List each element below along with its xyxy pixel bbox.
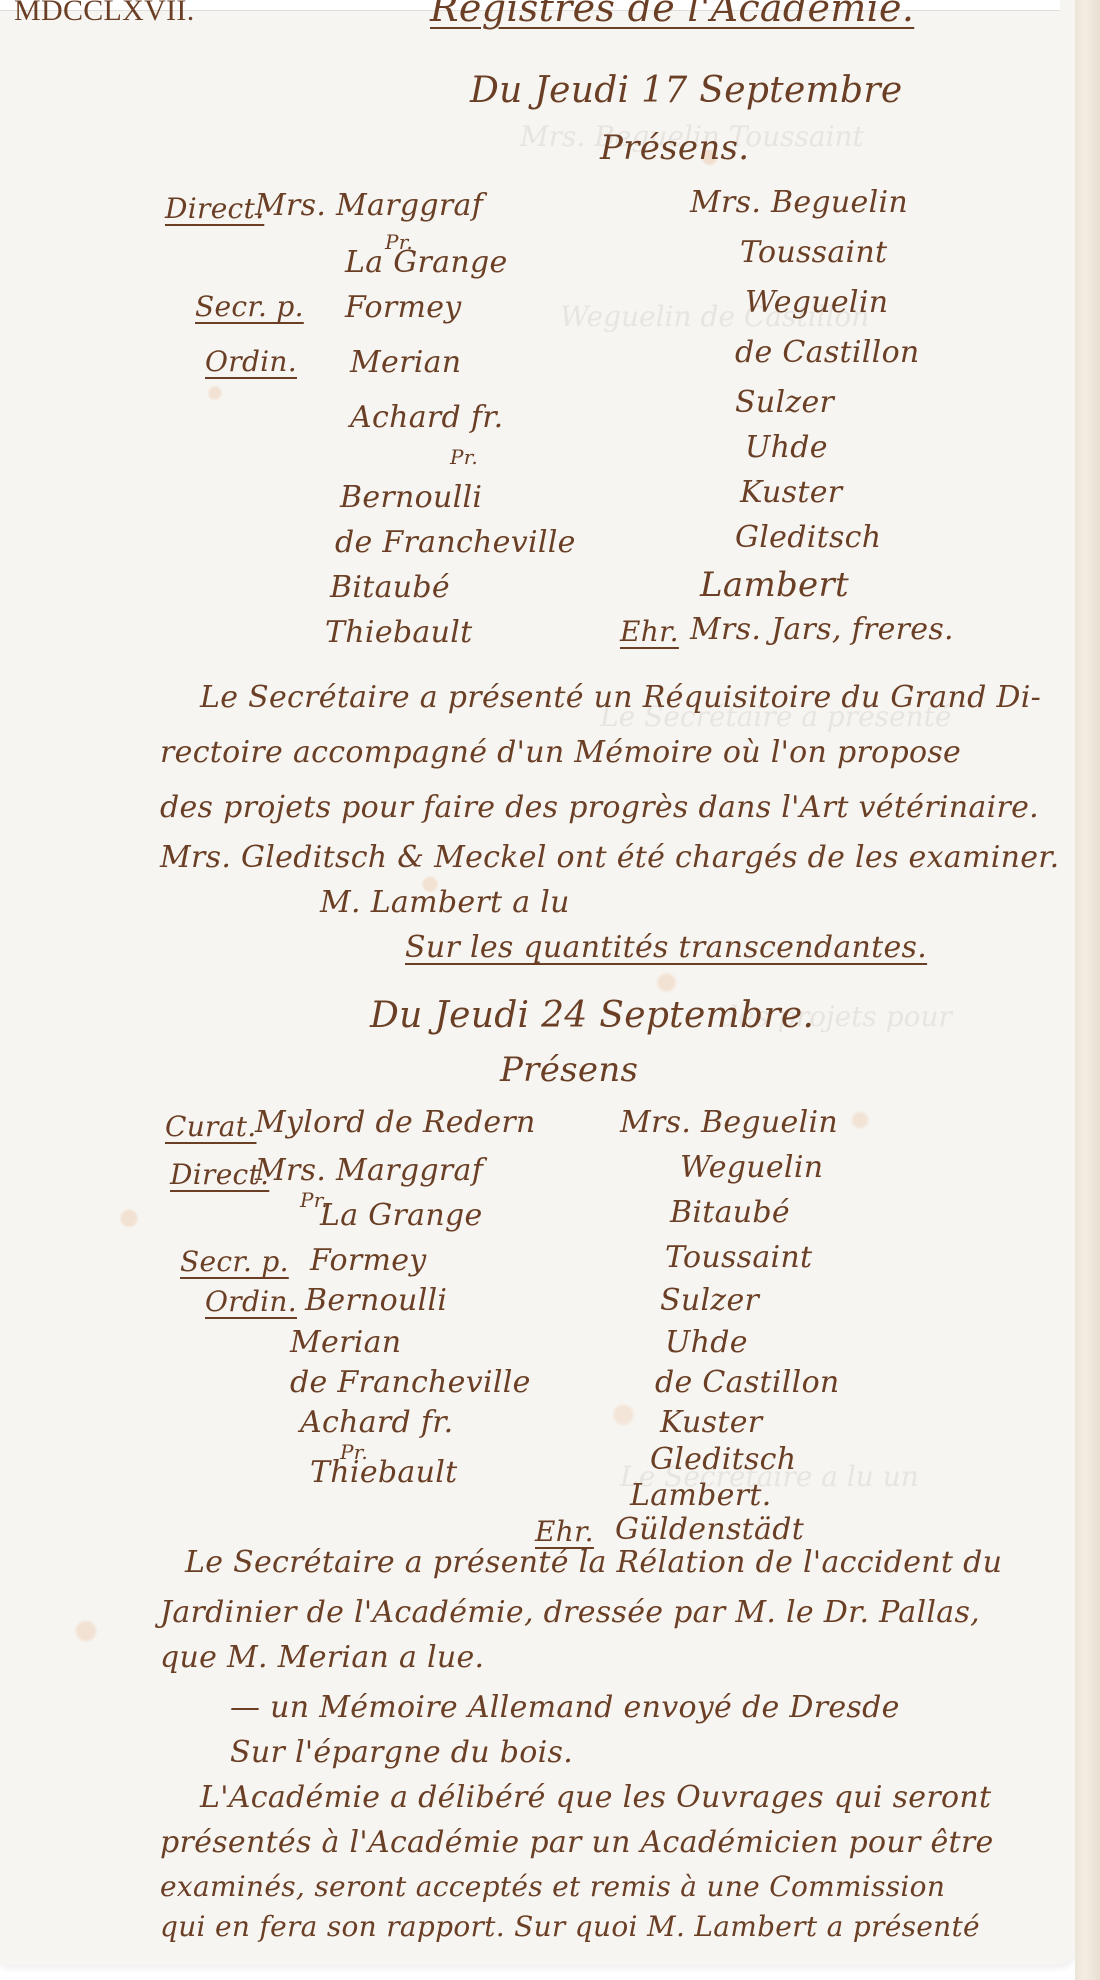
book-binding-edge <box>1075 0 1100 1980</box>
member-name: Thiebault <box>325 615 472 650</box>
role-curat: Curat. <box>165 1110 257 1143</box>
role-secr: Secr. p. <box>195 290 304 323</box>
member-name: Achard fr. <box>350 400 503 435</box>
member-name: Mrs. Marggraf <box>255 188 483 223</box>
role-direct: Direct. <box>165 192 264 225</box>
member-name: Formey <box>345 290 462 325</box>
minutes-line: examinés, seront acceptés et remis à une… <box>160 1870 945 1903</box>
member-name: Merian <box>350 345 461 380</box>
member-name: Sulzer <box>660 1283 759 1318</box>
minutes-line: Le Secrétaire a présenté un Réquisitoire… <box>200 680 1041 715</box>
session2-date: Du Jeudi 24 Septembre. <box>370 995 814 1036</box>
minutes-line: M. Lambert a lu <box>320 885 570 920</box>
manuscript-page: Mrs. Beguelin Toussaint Weguelin de Cast… <box>0 0 1075 1965</box>
honorary-members: Mrs. Jars, freres. <box>690 612 954 647</box>
running-title: Régistres de l'Académie. <box>430 0 914 30</box>
member-name: Mrs. Beguelin <box>620 1105 838 1140</box>
member-name: Lambert <box>700 565 849 605</box>
member-name: de Castillon <box>655 1365 840 1400</box>
member-name: Bitaubé <box>330 570 450 605</box>
year-numeral: MDCCLXVII. <box>14 0 195 28</box>
member-mark: Pr. <box>450 445 478 469</box>
member-name: de Castillon <box>735 335 920 370</box>
role-secr: Secr. p. <box>180 1245 289 1278</box>
member-name: Gleditsch <box>735 520 881 555</box>
role-ehr: Ehr. <box>535 1515 594 1548</box>
role-ordin: Ordin. <box>205 1285 297 1318</box>
member-name: La Grange <box>320 1198 483 1233</box>
member-name: Mrs. Marggraf <box>255 1153 483 1188</box>
minutes-line: — un Mémoire Allemand envoyé de Dresde <box>230 1690 900 1725</box>
member-name: Toussaint <box>740 235 887 270</box>
member-name: Mrs. Beguelin <box>690 185 908 220</box>
member-name: Bernoulli <box>340 480 482 515</box>
member-name: Thiebault <box>310 1455 457 1490</box>
minutes-line: présentés à l'Académie par un Académicie… <box>160 1825 994 1860</box>
member-name: Gleditsch <box>650 1442 796 1477</box>
minutes-line: qui en fera son rapport. Sur quoi M. Lam… <box>160 1910 980 1943</box>
session1-date: Du Jeudi 17 Septembre <box>470 70 902 111</box>
session1-presens: Présens. <box>600 128 749 168</box>
member-name: Formey <box>310 1243 427 1278</box>
member-name: Lambert. <box>630 1478 772 1513</box>
minutes-line: que M. Merian a lue. <box>160 1640 484 1675</box>
minutes-line: des projets pour faire des progrès dans … <box>160 790 1039 825</box>
minutes-line: Le Secrétaire a présenté la Rélation de … <box>185 1545 1002 1580</box>
member-name: La Grange <box>345 245 508 280</box>
role-ordin: Ordin. <box>205 345 297 378</box>
minutes-line: Mrs. Gleditsch & Meckel ont été chargés … <box>160 840 1059 875</box>
minutes-line: Jardinier de l'Académie, dressée par M. … <box>160 1595 980 1630</box>
memoir-title: Sur les quantités transcendantes. <box>405 930 927 965</box>
member-name: Weguelin <box>680 1150 823 1185</box>
member-name: Kuster <box>660 1405 762 1440</box>
member-name: Toussaint <box>665 1240 812 1275</box>
member-name: Weguelin <box>745 285 888 320</box>
memoir-title: Sur l'épargne du bois. <box>230 1735 573 1770</box>
member-name: Uhde <box>665 1325 748 1360</box>
member-name: de Francheville <box>335 525 576 560</box>
honorary-members: Güldenstädt <box>615 1512 804 1547</box>
member-name: Merian <box>290 1325 401 1360</box>
minutes-line: L'Académie a délibéré que les Ouvrages q… <box>200 1780 991 1815</box>
member-name: Uhde <box>745 430 828 465</box>
member-name: Bitaubé <box>670 1195 790 1230</box>
minutes-line: rectoire accompagné d'un Mémoire où l'on… <box>160 735 961 770</box>
member-name: Sulzer <box>735 385 834 420</box>
member-name: Bernoulli <box>305 1283 447 1318</box>
role-ehr: Ehr. <box>620 615 679 648</box>
member-name: de Francheville <box>290 1365 531 1400</box>
member-name: Achard fr. <box>300 1405 453 1440</box>
member-name: Kuster <box>740 475 842 510</box>
session2-presens: Présens <box>500 1050 638 1090</box>
member-name: Mylord de Redern <box>255 1105 536 1140</box>
